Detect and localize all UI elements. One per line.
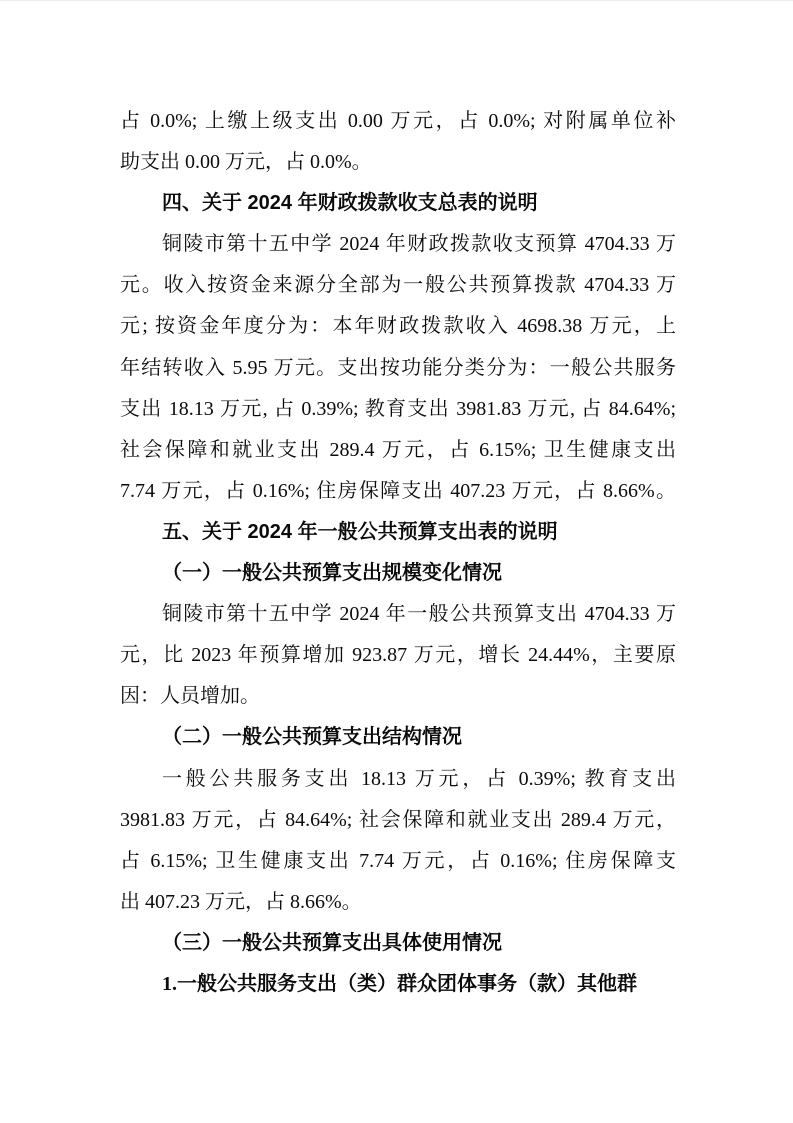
text-line: 一般公共服务支出 18.13 万元，占 0.39%; 教育支出 (120, 759, 676, 800)
text-line: 支出 18.13 万元, 占 0.39%; 教育支出 3981.83 万元, 占… (120, 389, 676, 430)
heading-line: 五、关于 2024 年一般公共预算支出表的说明 (120, 512, 676, 553)
text-line: 占 0.0%; 上缴上级支出 0.00 万元，占 0.0%; 对附属单位补 (120, 101, 676, 142)
heading-line: （二）一般公共预算支出结构情况 (120, 717, 676, 758)
text-line: 助支出 0.00 万元，占 0.0%。 (120, 142, 676, 183)
text-line: 铜陵市第十五中学 2024 年一般公共预算支出 4704.33 万 (120, 594, 676, 635)
heading-line: （三）一般公共预算支出具体使用情况 (120, 923, 676, 964)
document-page: 占 0.0%; 上缴上级支出 0.00 万元，占 0.0%; 对附属单位补助支出… (0, 0, 793, 1123)
text-line: 元; 按资金年度分为：本年财政拨款收入 4698.38 万元，上 (120, 306, 676, 347)
text-line: 年结转收入 5.95 万元。支出按功能分类分为：一般公共服务 (120, 348, 676, 389)
heading-line: 四、关于 2024 年财政拨款收支总表的说明 (120, 183, 676, 224)
text-line: 占 6.15%; 卫生健康支出 7.74 万元，占 0.16%; 住房保障支 (120, 841, 676, 882)
text-line: 社会保障和就业支出 289.4 万元，占 6.15%; 卫生健康支出 (120, 430, 676, 471)
text-line: 因：人员增加。 (120, 676, 676, 717)
text-line: 出 407.23 万元，占 8.66%。 (120, 882, 676, 923)
text-line: 3981.83 万元，占 84.64%; 社会保障和就业支出 289.4 万元， (120, 800, 676, 841)
heading-line: 1.一般公共服务支出（类）群众团体事务（款）其他群 (120, 964, 676, 1005)
text-line: 铜陵市第十五中学 2024 年财政拨款收支预算 4704.33 万 (120, 224, 676, 265)
document-text: 占 0.0%; 上缴上级支出 0.00 万元，占 0.0%; 对附属单位补助支出… (120, 101, 676, 1005)
text-line: 7.74 万元，占 0.16%; 住房保障支出 407.23 万元，占 8.66… (120, 471, 676, 512)
text-line: 元，比 2023 年预算增加 923.87 万元，增长 24.44%，主要原 (120, 635, 676, 676)
text-line: 元。收入按资金来源分全部为一般公共预算拨款 4704.33 万 (120, 265, 676, 306)
heading-line: （一）一般公共预算支出规模变化情况 (120, 553, 676, 594)
